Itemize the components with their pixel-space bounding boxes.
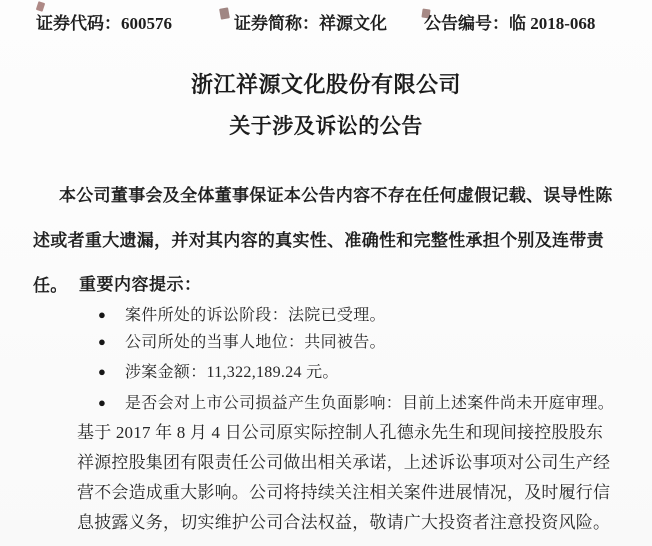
securities-header-row: 证券代码：600576 证券简称：祥源文化 公告编号：临 2018-068 bbox=[0, 12, 652, 36]
continuation-line-1: 基于 2017 年 8 月 4 日公司原实际控制人孔德永先生和现间接控股股东 bbox=[77, 418, 633, 448]
bullet-text: 是否会对上市公司损益产生负面影响：目前上述案件尚未开庭审理。 bbox=[125, 395, 614, 412]
bullet-icon: ● bbox=[98, 391, 125, 415]
bullet-icon: ● bbox=[98, 303, 125, 327]
disclaimer-line-1: 本公司董事会及全体董事保证本公告内容不存在任何虚假记载、误导性陈 bbox=[33, 173, 625, 218]
continuation-line-3: 营不会造成重大影响。公司将持续关注相关案件进展情况，及时履行信 bbox=[77, 478, 633, 508]
bullet-text: 公司所处的当事人地位：共同被告。 bbox=[125, 334, 386, 351]
announcement-number-label: 公告编号：临 2018-068 bbox=[424, 12, 595, 36]
notice-continuation-paragraph: 基于 2017 年 8 月 4 日公司原实际控制人孔德永先生和现间接控股股东 祥… bbox=[77, 418, 633, 538]
bullet-icon: ● bbox=[98, 360, 125, 384]
bullet-text: 涉案金额：11,322,189.24 元。 bbox=[125, 364, 339, 381]
continuation-line-4: 息披露义务，切实维护公司合法权益，敬请广大投资者注意投资风险。 bbox=[77, 508, 633, 538]
red-tick-mark-1 bbox=[36, 1, 45, 12]
continuation-line-2: 祥源控股集团有限责任公司做出相关承诺，上述诉讼事项对公司生产经 bbox=[77, 448, 633, 478]
announcement-document: 证券代码：600576 证券简称：祥源文化 公告编号：临 2018-068 浙江… bbox=[0, 0, 652, 546]
bullet-item-case-amount: ●涉案金额：11,322,189.24 元。 bbox=[98, 360, 638, 385]
bullet-icon: ● bbox=[98, 330, 125, 354]
stock-name-label: 证券简称：祥源文化 bbox=[234, 12, 387, 36]
bullet-text: 案件所处的诉讼阶段：法院已受理。 bbox=[125, 307, 386, 324]
document-title: 浙江祥源文化股份有限公司 bbox=[0, 72, 652, 98]
important-notice-heading: 重要内容提示： bbox=[79, 274, 202, 296]
bullet-item-litigation-stage: ●案件所处的诉讼阶段：法院已受理。 bbox=[98, 303, 638, 328]
bullet-item-party-status: ●公司所处的当事人地位：共同被告。 bbox=[98, 330, 638, 355]
document-subtitle: 关于涉及诉讼的公告 bbox=[0, 114, 652, 139]
bullet-item-negative-impact: ●是否会对上市公司损益产生负面影响：目前上述案件尚未开庭审理。 bbox=[98, 391, 638, 416]
stock-code-label: 证券代码：600576 bbox=[36, 12, 172, 36]
